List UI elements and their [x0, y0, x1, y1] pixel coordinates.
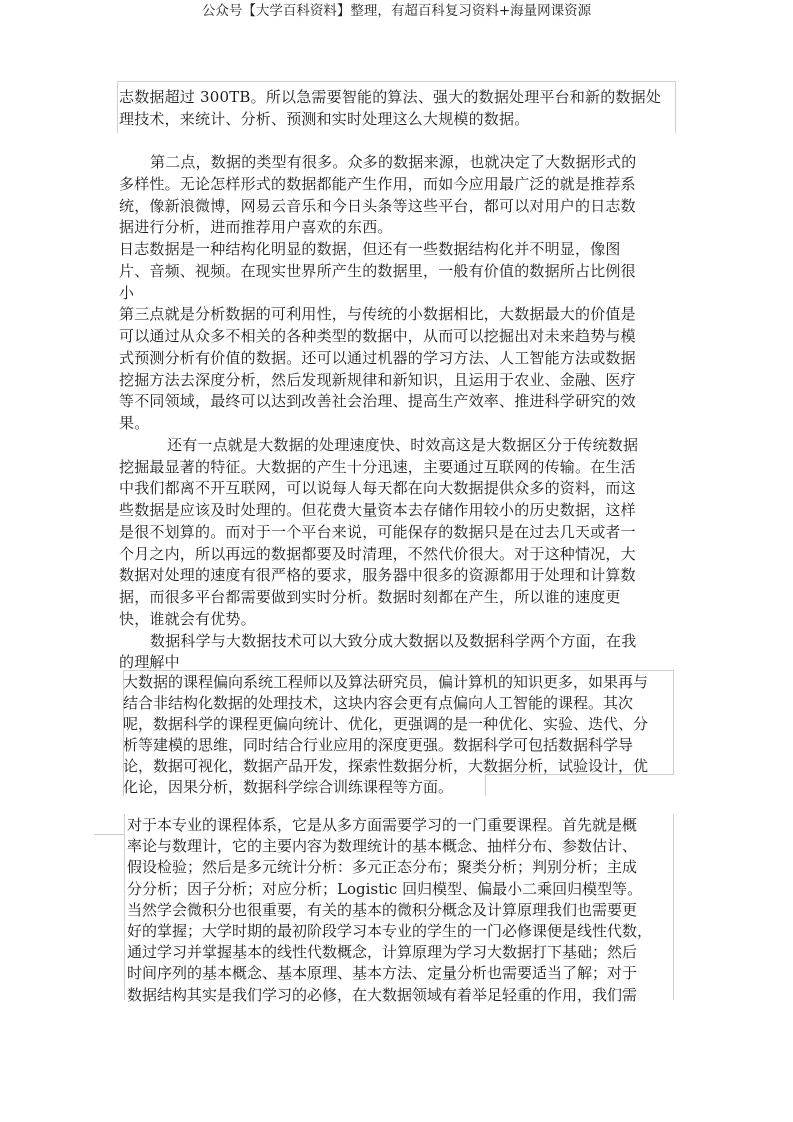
paragraph-section-4: 对于本专业的课程体系，它是从多方面需要学习的一门重要课程。首先就是概 率论与数理… [127, 815, 652, 1006]
text-line: 是很不划算的。而对于一个平台来说，可能保存的数据只是在过去几天或者一 [119, 522, 638, 544]
text-line: 还有一点就是大数据的处理速度快、时效高这是大数据区分于传统数据 [119, 435, 638, 457]
text-line: 析等建模的思维，同时结合行业应用的深度更强。数据科学可包括数据科学导 [123, 735, 648, 756]
text-line: 些数据是应该及时处理的。但花费大量资本去存储作用较小的历史数据，这样 [119, 500, 638, 522]
text-line: 片、音频、视频。在现实世界所产生的数据里，一般有价值的数据所占比例很 [119, 261, 638, 283]
text-line: 挖掘方法去深度分析，然后发现新规律和新知识，且运用于农业、金融、医疗 [119, 370, 638, 392]
text-line: 快，谁就会有优势。 [119, 609, 638, 631]
text-line: 论，数据可视化，数据产品开发，探索性数据分析，大数据分析，试验设计，优 [123, 756, 648, 777]
text-line: 挖掘最显著的特征。大数据的产生十分迅速，主要通过互联网的传输。在生活 [119, 457, 638, 479]
text-line: 个月之内，所以再远的数据都要及时清理，不然代价很大。对于这种情况，大 [119, 544, 638, 566]
paragraph-section-3: 大数据的课程偏向系统工程师以及算法研究员，偏计算机的知识更多，如果再与 结合非结… [123, 672, 648, 798]
frame-top-border-1 [117, 81, 676, 82]
text-line: 率论与数理计，它的主要内容为数理统计的基本概念、抽样分布、参数估计、 [127, 836, 652, 857]
text-line: 统，像新浪微博，网易云音乐和今日头条等这些平台，都可以对用户的日志数 [119, 196, 638, 218]
frame-top-border-3 [123, 670, 674, 671]
text-line: 等不同领域，最终可以达到改善社会治理、提高生产效率、推进科学研究的效 [119, 391, 638, 413]
frame-left-border-4 [124, 814, 125, 1000]
frame-left-stub-4 [94, 834, 124, 835]
frame-right-border-1 [675, 81, 676, 133]
frame-right-border-3 [673, 670, 674, 775]
page-header-banner: 公众号【大学百科资料】整理，有超百科复习资料+海量网课资源 [0, 2, 793, 20]
text-line: 第二点，数据的类型有很多。众多的数据来源，也就决定了大数据形式的 [119, 152, 638, 174]
text-line: 假设检验；然后是多元统计分析：多元正态分布；聚类分析；判别分析；主成 [127, 857, 652, 878]
text-line: 日志数据是一种结构化明显的数据，但还有一些数据结构化并不明显，像图 [119, 239, 638, 261]
frame-right-border-4 [673, 814, 674, 1000]
text-line: 式预测分析有价值的数据。还可以通过机器的学习方法、人工智能方法或数据 [119, 348, 638, 370]
paragraph-section-1: 志数据超过 300TB。所以急需要智能的算法、强大的数据处理平台和新的数据处 理… [119, 86, 661, 130]
frame-left-border-1 [117, 81, 118, 133]
text-line: 当然学会微积分也很重要，有关的基本的微积分概念及计算原理我们也需要更 [127, 900, 652, 921]
text-line: 志数据超过 300TB。所以急需要智能的算法、强大的数据处理平台和新的数据处 [119, 86, 661, 108]
text-line: 据进行分析，进而推荐用户喜欢的东西。 [119, 217, 638, 239]
text-line: 分分析；因子分析；对应分析；Logistic 回归模型、偏最小二乘回归模型等。 [127, 879, 652, 900]
text-line: 据，而很多平台都需要做到实时分析。数据时刻都在产生，所以谁的速度更 [119, 587, 638, 609]
text-line: 对于本专业的课程体系，它是从多方面需要学习的一门重要课程。首先就是概 [127, 815, 652, 836]
text-line: 数据对处理的速度有很严格的要求，服务器中很多的资源都用于处理和计算数 [119, 565, 638, 587]
text-line: 第三点就是分析数据的可利用性，与传统的小数据相比，大数据最大的价值是 [119, 304, 638, 326]
text-line: 果。 [119, 413, 638, 435]
text-line: 呢，数据科学的课程更偏向统计、优化，更强调的是一种优化、实验、迭代、分 [123, 714, 648, 735]
text-line: 可以通过从众多不相关的各种类型的数据中，从而可以挖掘出对未来趋势与模 [119, 326, 638, 348]
text-line: 多样性。无论怎样形式的数据都能产生作用，而如今应用最广泛的就是推荐系 [119, 174, 638, 196]
text-line: 中我们都离不开互联网，可以说每人每天都在向大数据提供众多的资料，而这 [119, 478, 638, 500]
text-line: 通过学习并掌握基本的线性代数概念，计算原理为学习大数据打下基础；然后 [127, 942, 652, 963]
text-line: 小 [119, 283, 638, 305]
text-line: 大数据的课程偏向系统工程师以及算法研究员，偏计算机的知识更多，如果再与 [123, 672, 648, 693]
text-line: 化论，因果分析，数据科学综合训练课程等方面。 [123, 777, 648, 798]
text-line: 时间序列的基本概念、基本原理、基本方法、定量分析也需要适当了解；对于 [127, 963, 652, 984]
text-line: 数据结构其实是我们学习的必修，在大数据领域有着举足轻重的作用，我们需 [127, 985, 652, 1006]
text-line: 理技术，来统计、分析、预测和实时处理这么大规模的数据。 [119, 108, 661, 130]
text-line: 好的掌握；大学时期的最初阶段学习本专业的学生的一门必修课便是线性代数， [127, 921, 652, 942]
text-line: 数据科学与大数据技术可以大致分成大数据以及数据科学两个方面，在我 [119, 631, 638, 653]
text-line: 结合非结构化数据的处理技术，这块内容会更有点偏向人工智能的课程。其次 [123, 693, 648, 714]
paragraph-section-2: 第二点，数据的类型有很多。众多的数据来源，也就决定了大数据形式的 多样性。无论怎… [119, 152, 638, 674]
